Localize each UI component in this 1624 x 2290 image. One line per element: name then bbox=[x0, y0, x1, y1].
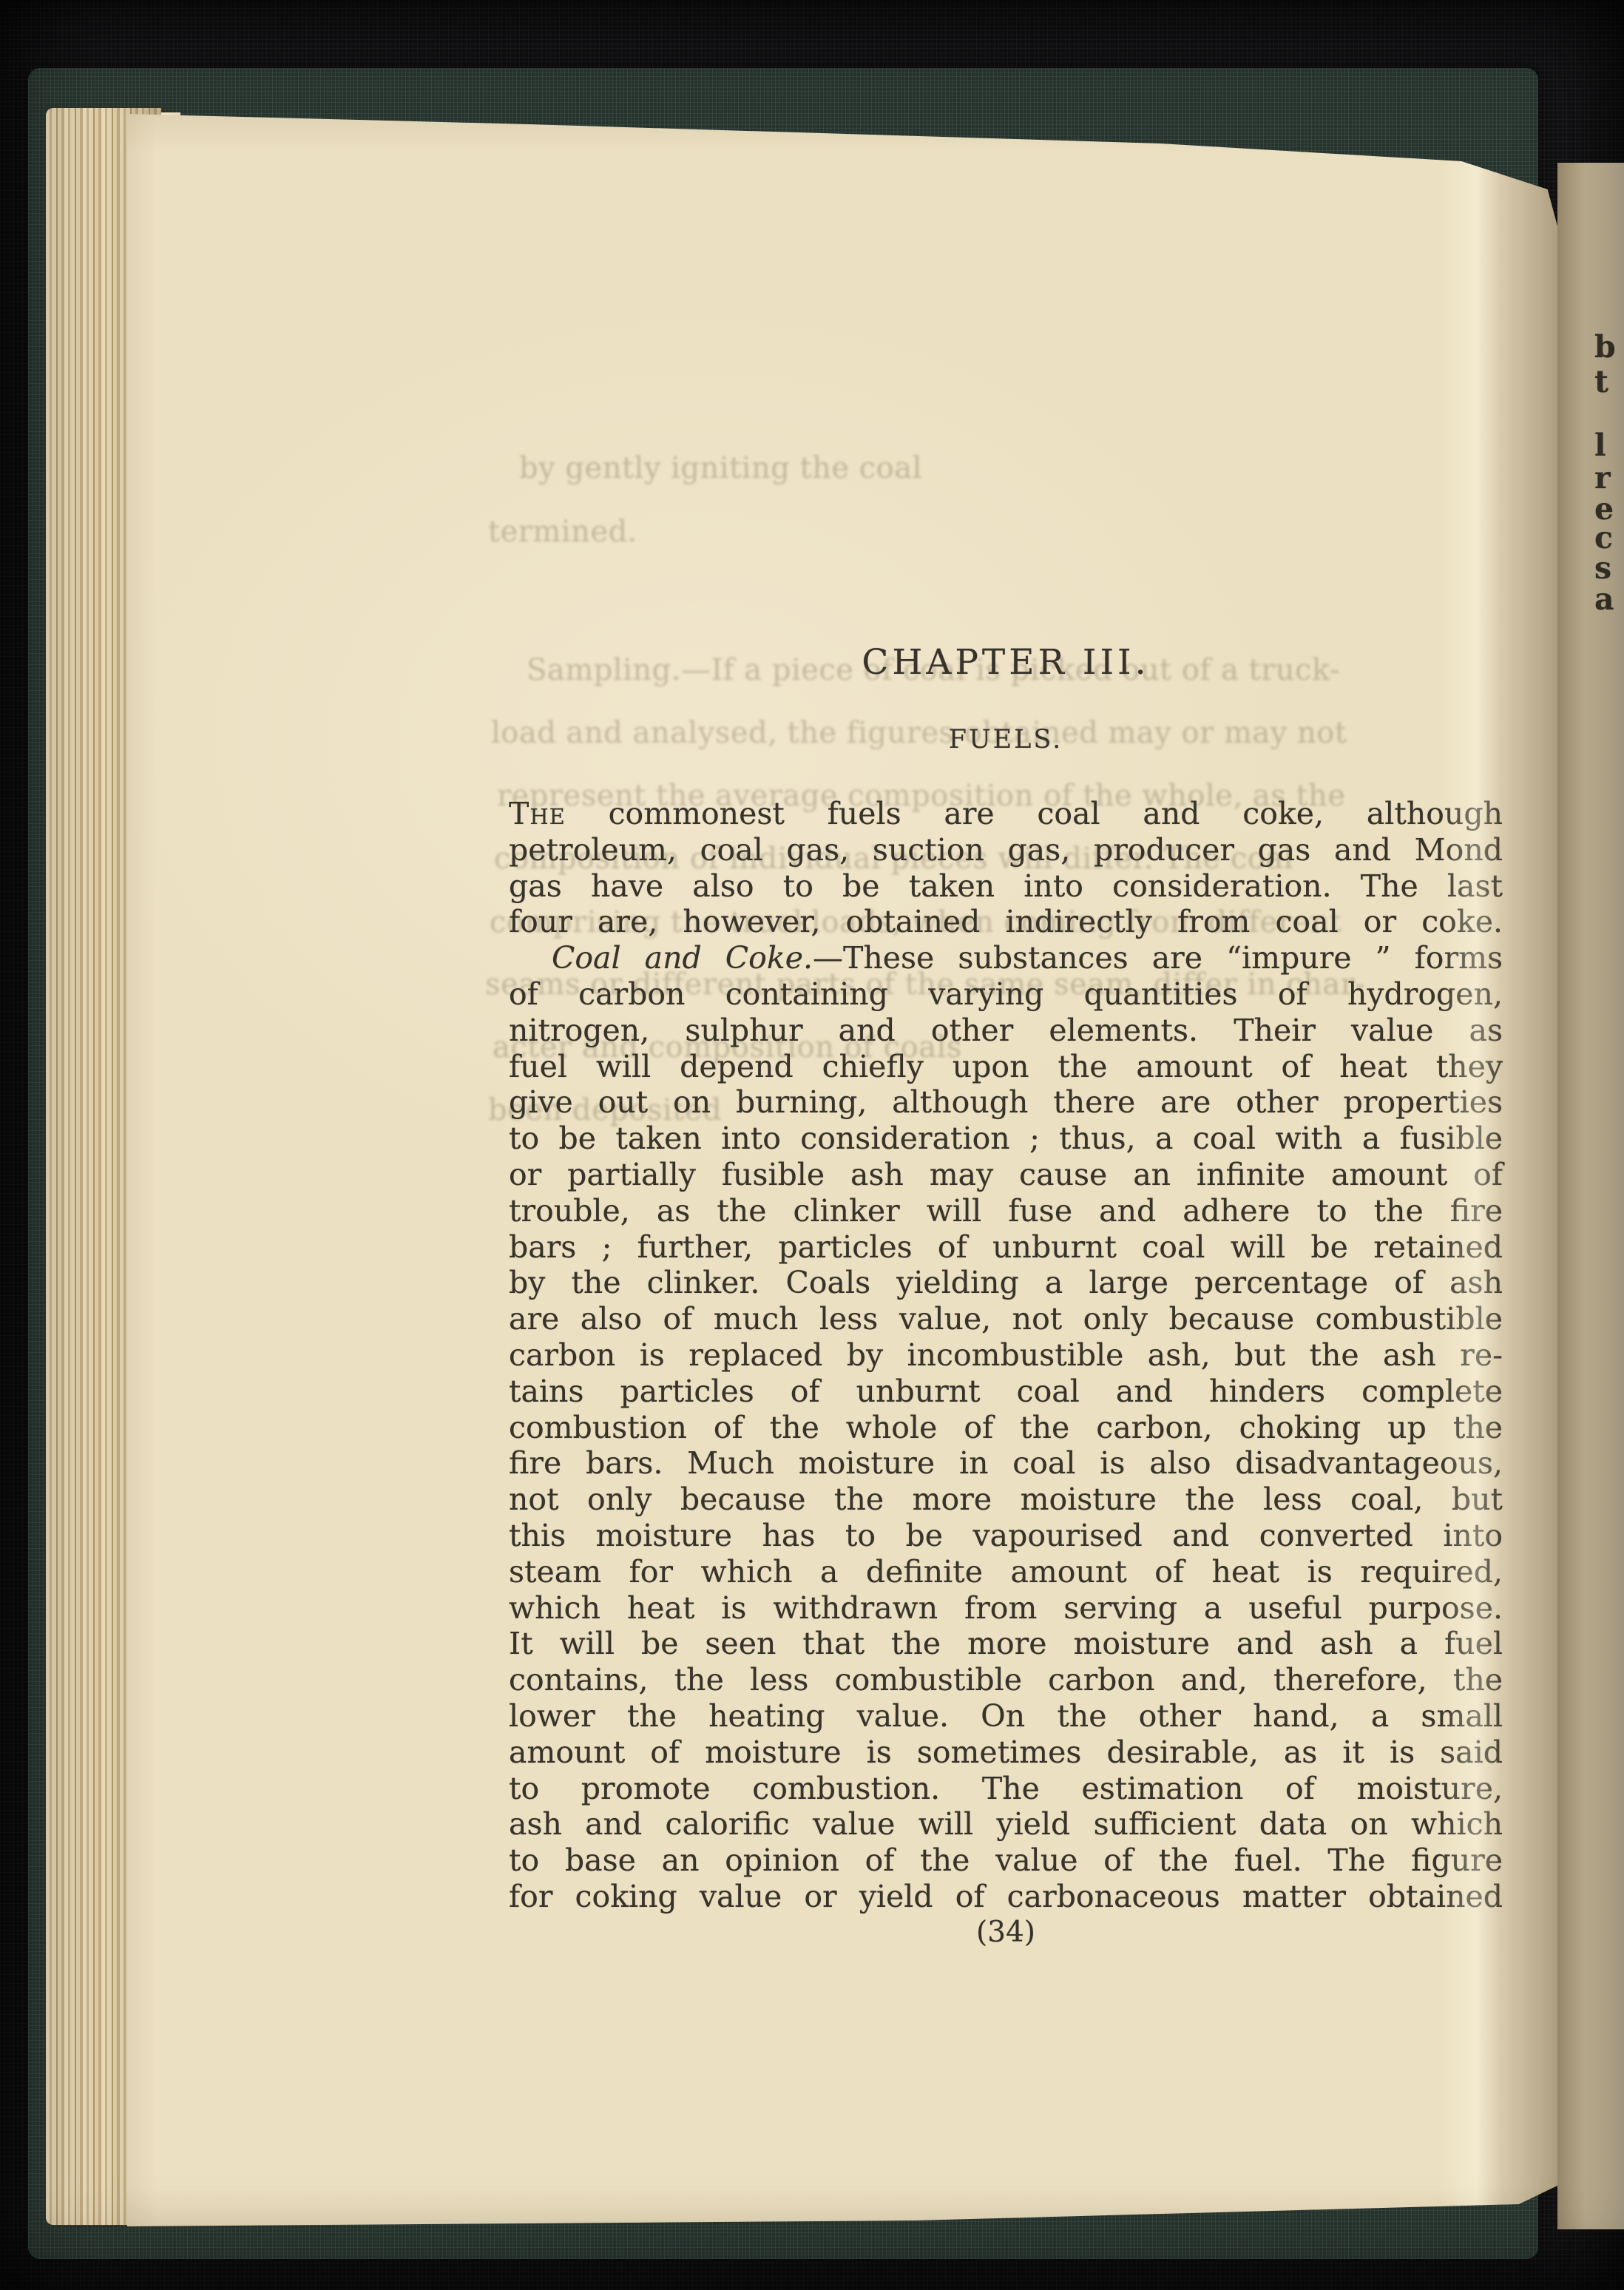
text-line: carbon is replaced by incombustible ash,… bbox=[509, 1337, 1503, 1374]
text-line: bars ; further, particles of unburnt coa… bbox=[509, 1229, 1503, 1266]
text-line: to be taken into consideration ; thus, a… bbox=[509, 1121, 1503, 1157]
body-text: The commonest fuels are coal and coke, a… bbox=[509, 796, 1503, 1915]
text-line: are also of much less value, not only be… bbox=[509, 1301, 1503, 1337]
text-line: amount of moisture is sometimes desirabl… bbox=[509, 1735, 1503, 1771]
text-line: It will be seen that the more moisture a… bbox=[509, 1626, 1503, 1662]
paragraph: Coal and Coke.—These substances are “imp… bbox=[509, 940, 1503, 1915]
facing-page-letter: l bbox=[1594, 428, 1606, 463]
text-line: this moisture has to be vapourised and c… bbox=[509, 1518, 1503, 1554]
text-line: four are, however, obtained indirectly f… bbox=[509, 904, 1503, 940]
text-line: not only because the more moisture the l… bbox=[509, 1482, 1503, 1518]
text-line: tains particles of unburnt coal and hind… bbox=[509, 1374, 1503, 1410]
text-line: Coal and Coke.—These substances are “imp… bbox=[509, 940, 1503, 976]
main-page: by gently igniting the coaltermined.Samp… bbox=[127, 102, 1562, 2229]
section-heading: FUELS. bbox=[509, 725, 1503, 754]
text-line: for coking value or yield of carbonaceou… bbox=[509, 1879, 1503, 1915]
text-line: to base an opinion of the value of the f… bbox=[509, 1843, 1503, 1879]
facing-page-letter: a bbox=[1594, 581, 1614, 617]
book-scan: by gently igniting the coaltermined.Samp… bbox=[0, 0, 1624, 2290]
text-line: ash and calorific value will yield suffi… bbox=[509, 1806, 1503, 1843]
text-line: by the clinker. Coals yielding a large p… bbox=[509, 1265, 1503, 1301]
text-line: gas have also to be taken into considera… bbox=[509, 868, 1503, 905]
page-number: (34) bbox=[509, 1916, 1503, 1949]
text-line: petroleum, coal gas, suction gas, produc… bbox=[509, 832, 1503, 868]
text-line: fire bars. Much moisture in coal is also… bbox=[509, 1445, 1503, 1482]
ghost-text-line: by gently igniting the coal bbox=[519, 451, 922, 485]
text-line: The commonest fuels are coal and coke, a… bbox=[509, 796, 1503, 832]
text-line: contains, the less combustible carbon an… bbox=[509, 1662, 1503, 1698]
text-line: trouble, as the clinker will fuse and ad… bbox=[509, 1193, 1503, 1229]
facing-page-letter: b bbox=[1594, 329, 1616, 365]
text-line: fuel will depend chiefly upon the amount… bbox=[509, 1049, 1503, 1085]
facing-page-letter: r bbox=[1594, 460, 1611, 496]
text-line: combustion of the whole of the carbon, c… bbox=[509, 1410, 1503, 1446]
facing-page-sliver bbox=[1557, 163, 1624, 2229]
text-line: nitrogen, sulphur and other elements. Th… bbox=[509, 1013, 1503, 1049]
chapter-heading: CHAPTER III. bbox=[509, 642, 1503, 683]
facing-page-letter: s bbox=[1594, 550, 1611, 586]
text-line: to promote combustion. The estimation of… bbox=[509, 1771, 1503, 1807]
gutter-shadow bbox=[1440, 102, 1562, 2229]
text-line: which heat is withdrawn from serving a u… bbox=[509, 1590, 1503, 1627]
paragraph: The commonest fuels are coal and coke, a… bbox=[509, 796, 1503, 940]
ghost-text-line: termined. bbox=[488, 515, 637, 549]
text-line: give out on burning, although there are … bbox=[509, 1084, 1503, 1121]
text-line: of carbon containing varying quantities … bbox=[509, 976, 1503, 1013]
facing-page-letter: t bbox=[1594, 364, 1608, 399]
text-line: lower the heating value. On the other ha… bbox=[509, 1698, 1503, 1735]
text-line: or partially fusible ash may cause an in… bbox=[509, 1157, 1503, 1193]
text-line: steam for which a definite amount of hea… bbox=[509, 1554, 1503, 1590]
